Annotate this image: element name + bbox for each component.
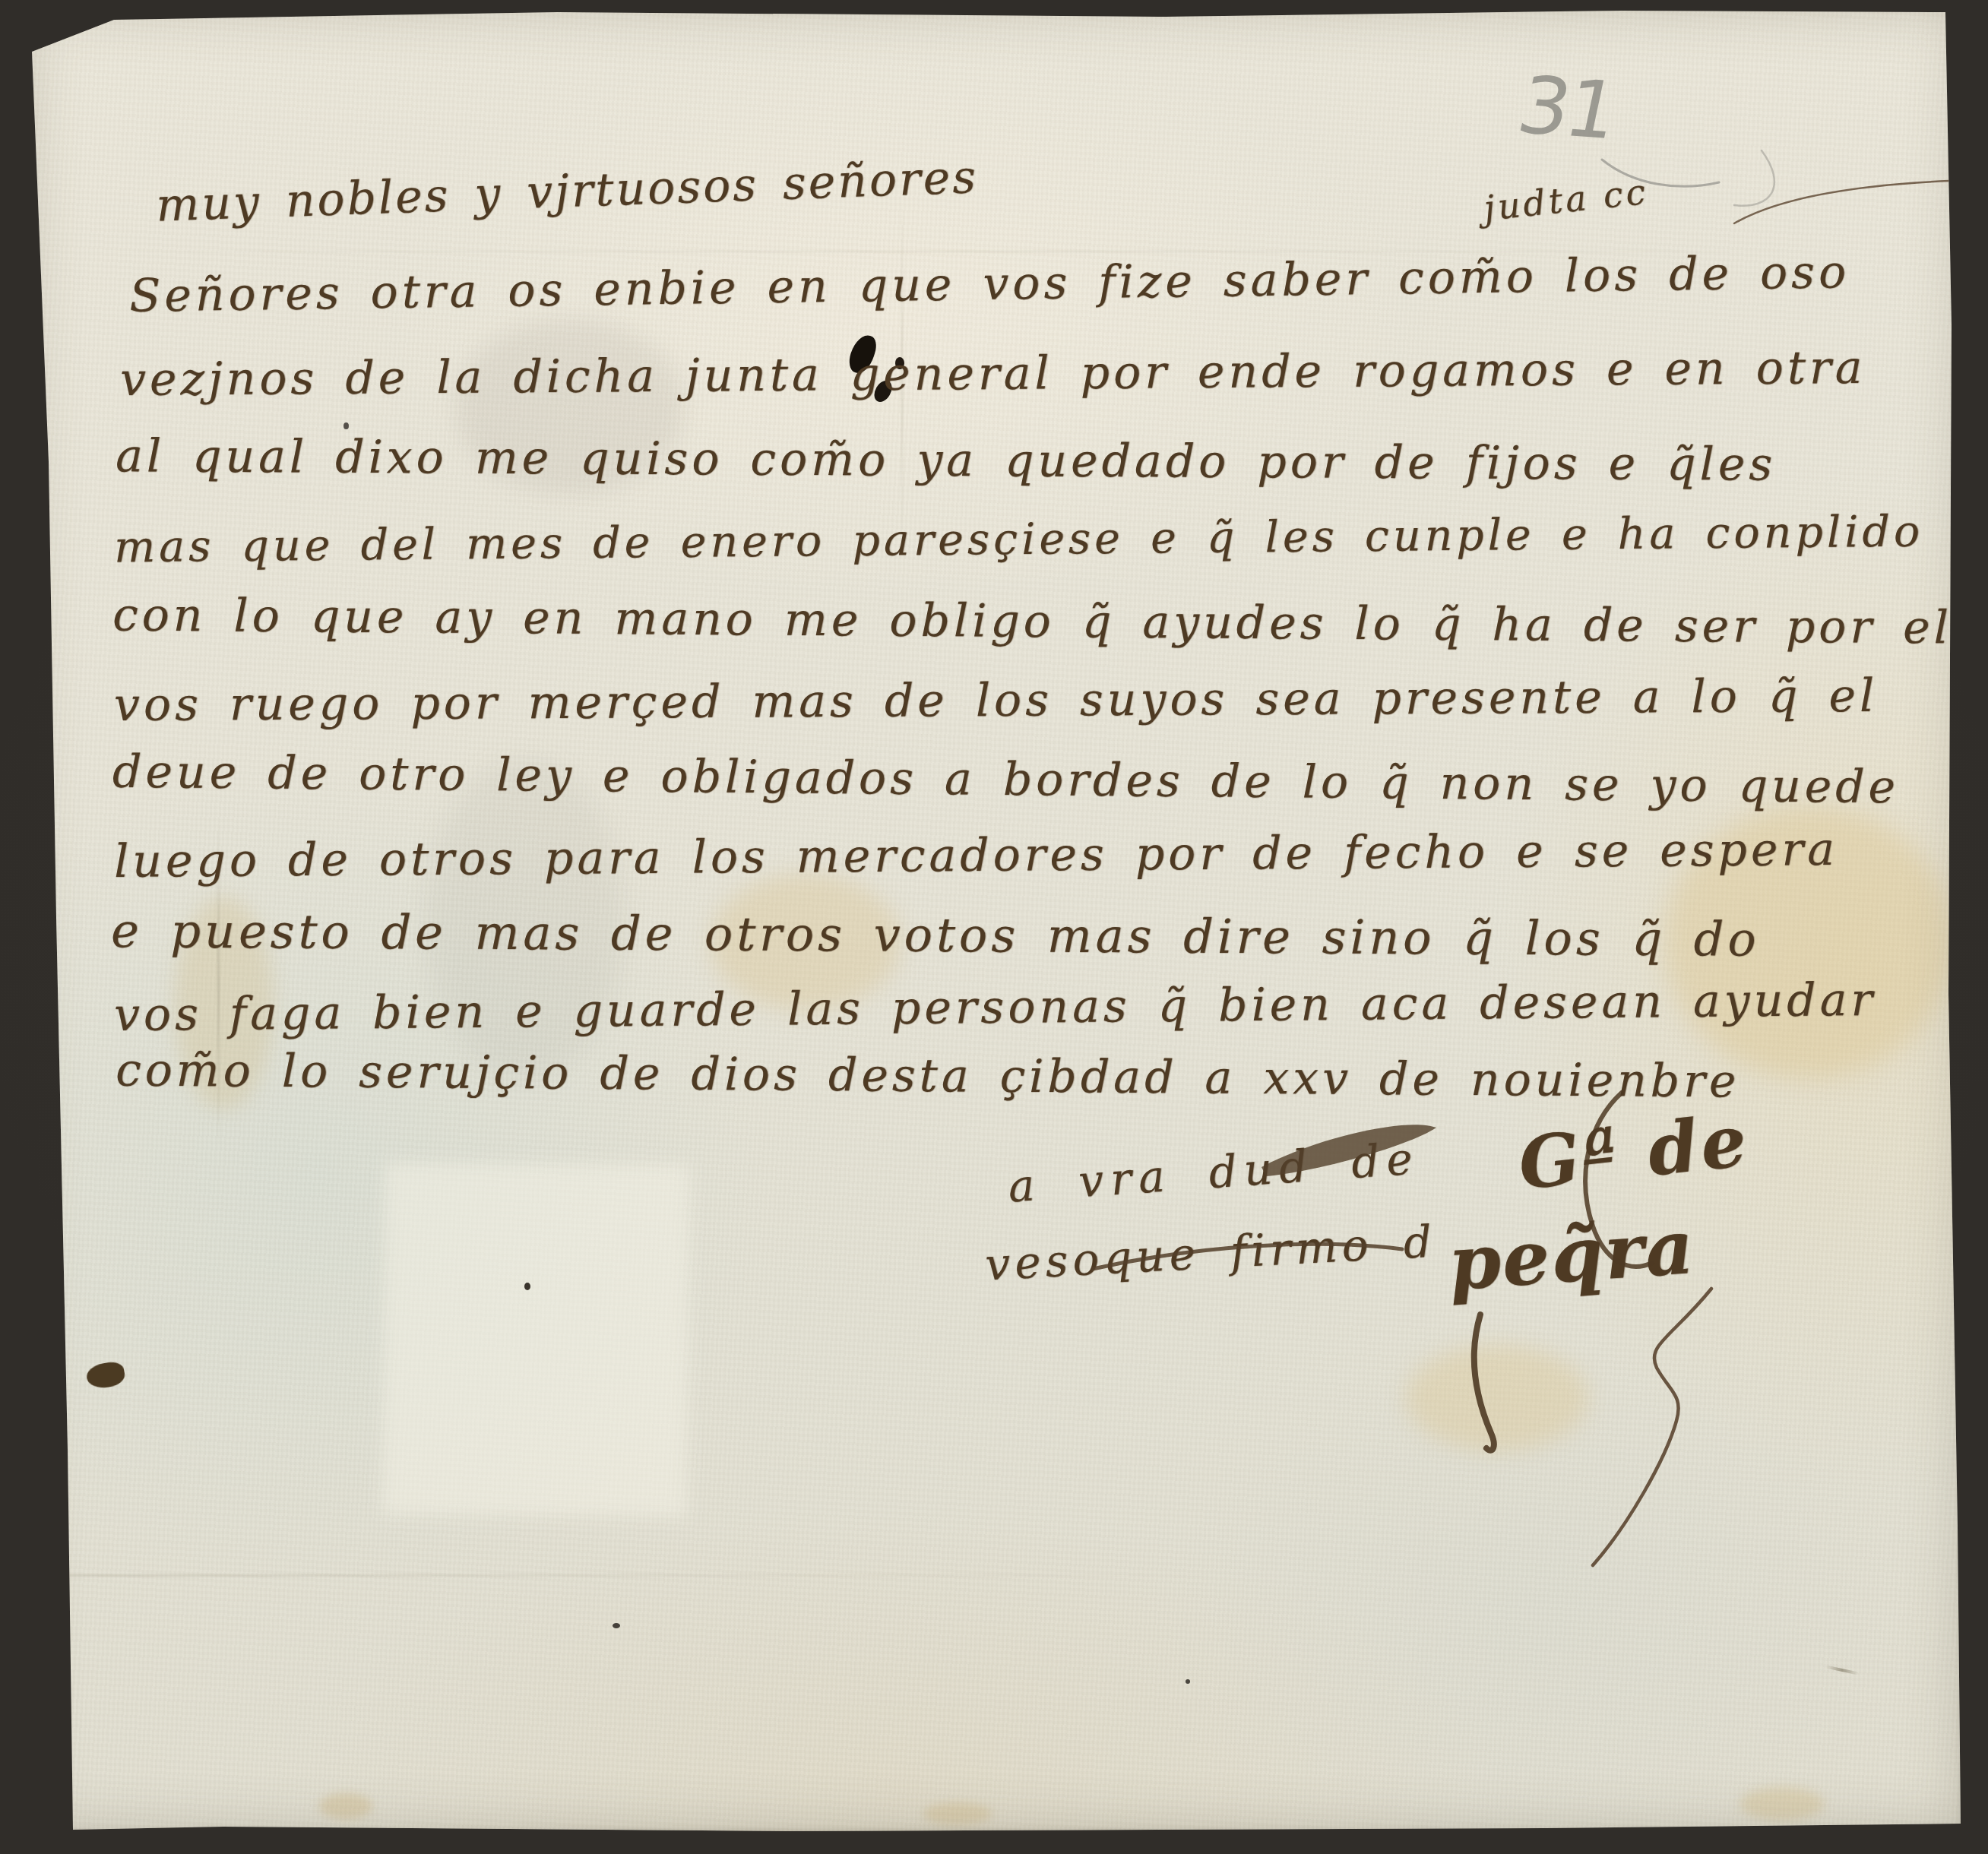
salutation-line: muy nobles y vjrtuosos señores [155, 154, 979, 229]
bleached-patch [382, 1163, 689, 1516]
speck-2 [613, 1623, 620, 1628]
signature-rubric-main [1593, 1289, 1711, 1565]
paper-crack [1825, 1665, 1859, 1675]
stain-bottom-edge-1 [319, 1793, 372, 1819]
body-line-4: mas que del mes de enero paresçiese e q̃… [114, 511, 1924, 570]
letter-paper: muy nobles y vjrtuosos señores judta cc … [26, 6, 1962, 1831]
body-line-7: deue de otro ley e obligados a bordes de… [112, 749, 1900, 811]
body-line-6: vos ruego por merçed mas de los suyos se… [114, 673, 1878, 728]
closing-line-1: a vra dud de [1007, 1136, 1421, 1209]
pencil-stray-curve [1734, 150, 1774, 206]
body-line-10: vos faga bien e guarde las personas q̃ b… [114, 977, 1876, 1038]
signature-name-line-2: peq̃ra [1446, 1210, 1698, 1302]
brown-blot-left [85, 1360, 127, 1390]
closing-line-2: vesoque firmo d [984, 1219, 1437, 1286]
body-line-11: com̃o lo serujçio de dios desta çibdad a… [116, 1048, 1740, 1105]
body-line-2: vezjnos de la dicha junta general por en… [120, 345, 1866, 403]
body-line-1: Señores otra os enbie en que vos fize sa… [129, 249, 1850, 319]
speck-1 [524, 1283, 530, 1290]
folio-number: 31 [1512, 65, 1622, 150]
heading-right-annotation: judta cc [1482, 174, 1650, 226]
fold-crease-horizontal-bottom [46, 1574, 1224, 1577]
body-line-3: al qual dixo me quiso com̃o ya quedado p… [116, 433, 1776, 487]
signature-name-line-1: Gª de [1515, 1105, 1752, 1200]
body-line-5: con lo que ay en mano me obligo q̃ ayude… [112, 593, 1952, 651]
stain-bottom-edge-2 [923, 1802, 992, 1825]
signature-rubric-descender [1474, 1315, 1494, 1451]
right-edge-ink-hairline [1734, 181, 1950, 223]
manuscript-scan: muy nobles y vjrtuosos señores judta cc … [0, 0, 1988, 1854]
stain-yellow-signature [1406, 1345, 1588, 1451]
stain-bottom-edge-3 [1740, 1787, 1824, 1821]
body-line-9: e puesto de mas de otros votos mas dire … [111, 907, 1760, 963]
speck-3 [343, 422, 349, 429]
speck-4 [1186, 1679, 1190, 1684]
body-line-8: luego de otros para los mercadores por d… [114, 827, 1838, 884]
